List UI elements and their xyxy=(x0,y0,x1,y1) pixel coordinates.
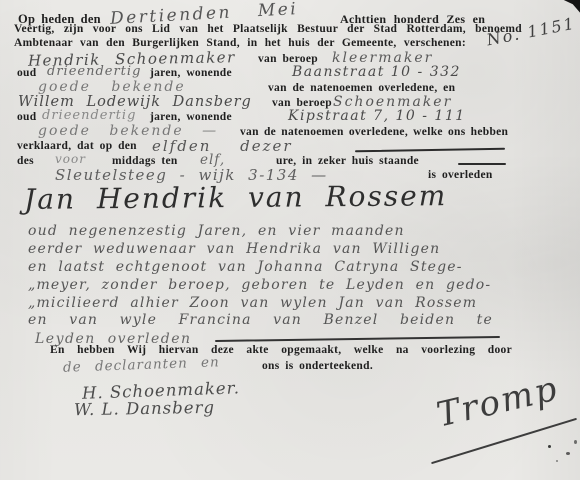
ink-speck xyxy=(574,440,577,444)
printed-text: ons is onderteekend. xyxy=(262,360,373,372)
printed-text: Veertig, zijn voor ons Lid van het Plaat… xyxy=(14,23,522,35)
ink-speck xyxy=(566,452,570,455)
deceased-widower-line: eerder weduwenaar van Hendrika van Willi… xyxy=(28,241,440,257)
declarant1-age: drieendertig xyxy=(47,64,141,79)
deceased-name: Jan Hendrik van Rossem xyxy=(24,179,448,216)
record-line: Ambtenaar van den Burgerlijken Stand, in… xyxy=(14,37,466,49)
printed-text: jaren, wonende xyxy=(150,67,232,79)
printed-text: Ambtenaar van den Burgerlijken Stand, in… xyxy=(14,37,466,49)
record-line: oud negenenzestig Jaren, en vier maanden xyxy=(28,222,405,240)
ink-speck xyxy=(556,460,558,462)
record-line: de declaranten en ons is onderteekend. xyxy=(0,357,580,375)
record-line: oud drieendertig jaren, wonende Kipstraa… xyxy=(0,108,580,124)
death-record-page: Op heden den Dertienden Mei Achttien hon… xyxy=(0,0,580,480)
deceased-spouse-line2: „meyer, zonder beroep, geboren te Leyden… xyxy=(28,277,491,293)
separator-dash xyxy=(458,163,506,165)
record-line: „meyer, zonder beroep, geboren te Leyden… xyxy=(28,276,491,294)
printed-text: oud xyxy=(17,67,36,79)
signature-declarant2: W. L. Dansberg xyxy=(74,398,215,419)
ink-speck xyxy=(548,445,551,448)
closing-hand-insert: de declaranten en xyxy=(63,354,220,375)
printed-text: verklaard, dat op den xyxy=(17,140,137,152)
corner-mark xyxy=(562,0,580,14)
record-line: goede bekende van de natenoemen overlede… xyxy=(0,79,580,95)
printed-text: En hebben Wij hiervan deze akte opgemaak… xyxy=(50,344,512,356)
declarant2-address: Kipstraat 7, 10 - 111 xyxy=(288,108,466,124)
record-line: en van wyle Francina van Benzel beiden t… xyxy=(28,312,493,328)
declarant1-relation: goede bekende xyxy=(38,79,186,95)
declarant1-address: Baanstraat 10 - 332 xyxy=(292,64,461,80)
deceased-age-line: oud negenenzestig Jaren, en vier maanden xyxy=(28,223,405,239)
signature-official: Tromp xyxy=(433,369,562,436)
deceased-parents-line: en van wyle Francina van Benzel beiden t… xyxy=(28,312,493,328)
printed-text: oud xyxy=(17,111,36,123)
record-line: „micilieerd alhier Zoon van wylen Jan va… xyxy=(28,294,477,312)
printed-text: jaren, wonende xyxy=(150,111,232,123)
record-line: En hebben Wij hiervan deze akte opgemaak… xyxy=(50,344,512,356)
record-line: Veertig, zijn voor ons Lid van het Plaat… xyxy=(14,23,522,35)
death-daypart: voor xyxy=(55,152,86,166)
closing-rule xyxy=(215,336,500,341)
declarant2-age: drieendertig xyxy=(42,108,136,123)
printed-text: van de natenoemen overledene, en xyxy=(268,82,455,94)
deceased-origin-line: „micilieerd alhier Zoon van wylen Jan va… xyxy=(28,295,477,311)
record-line: en laatst echtgenoot van Johanna Catryna… xyxy=(28,258,463,276)
record-line: eerder weduwenaar van Hendrika van Willi… xyxy=(28,240,440,258)
record-line: oud drieendertig jaren, wonende Baanstra… xyxy=(0,64,580,80)
deceased-spouse-line: en laatst echtgenoot van Johanna Catryna… xyxy=(28,259,463,275)
